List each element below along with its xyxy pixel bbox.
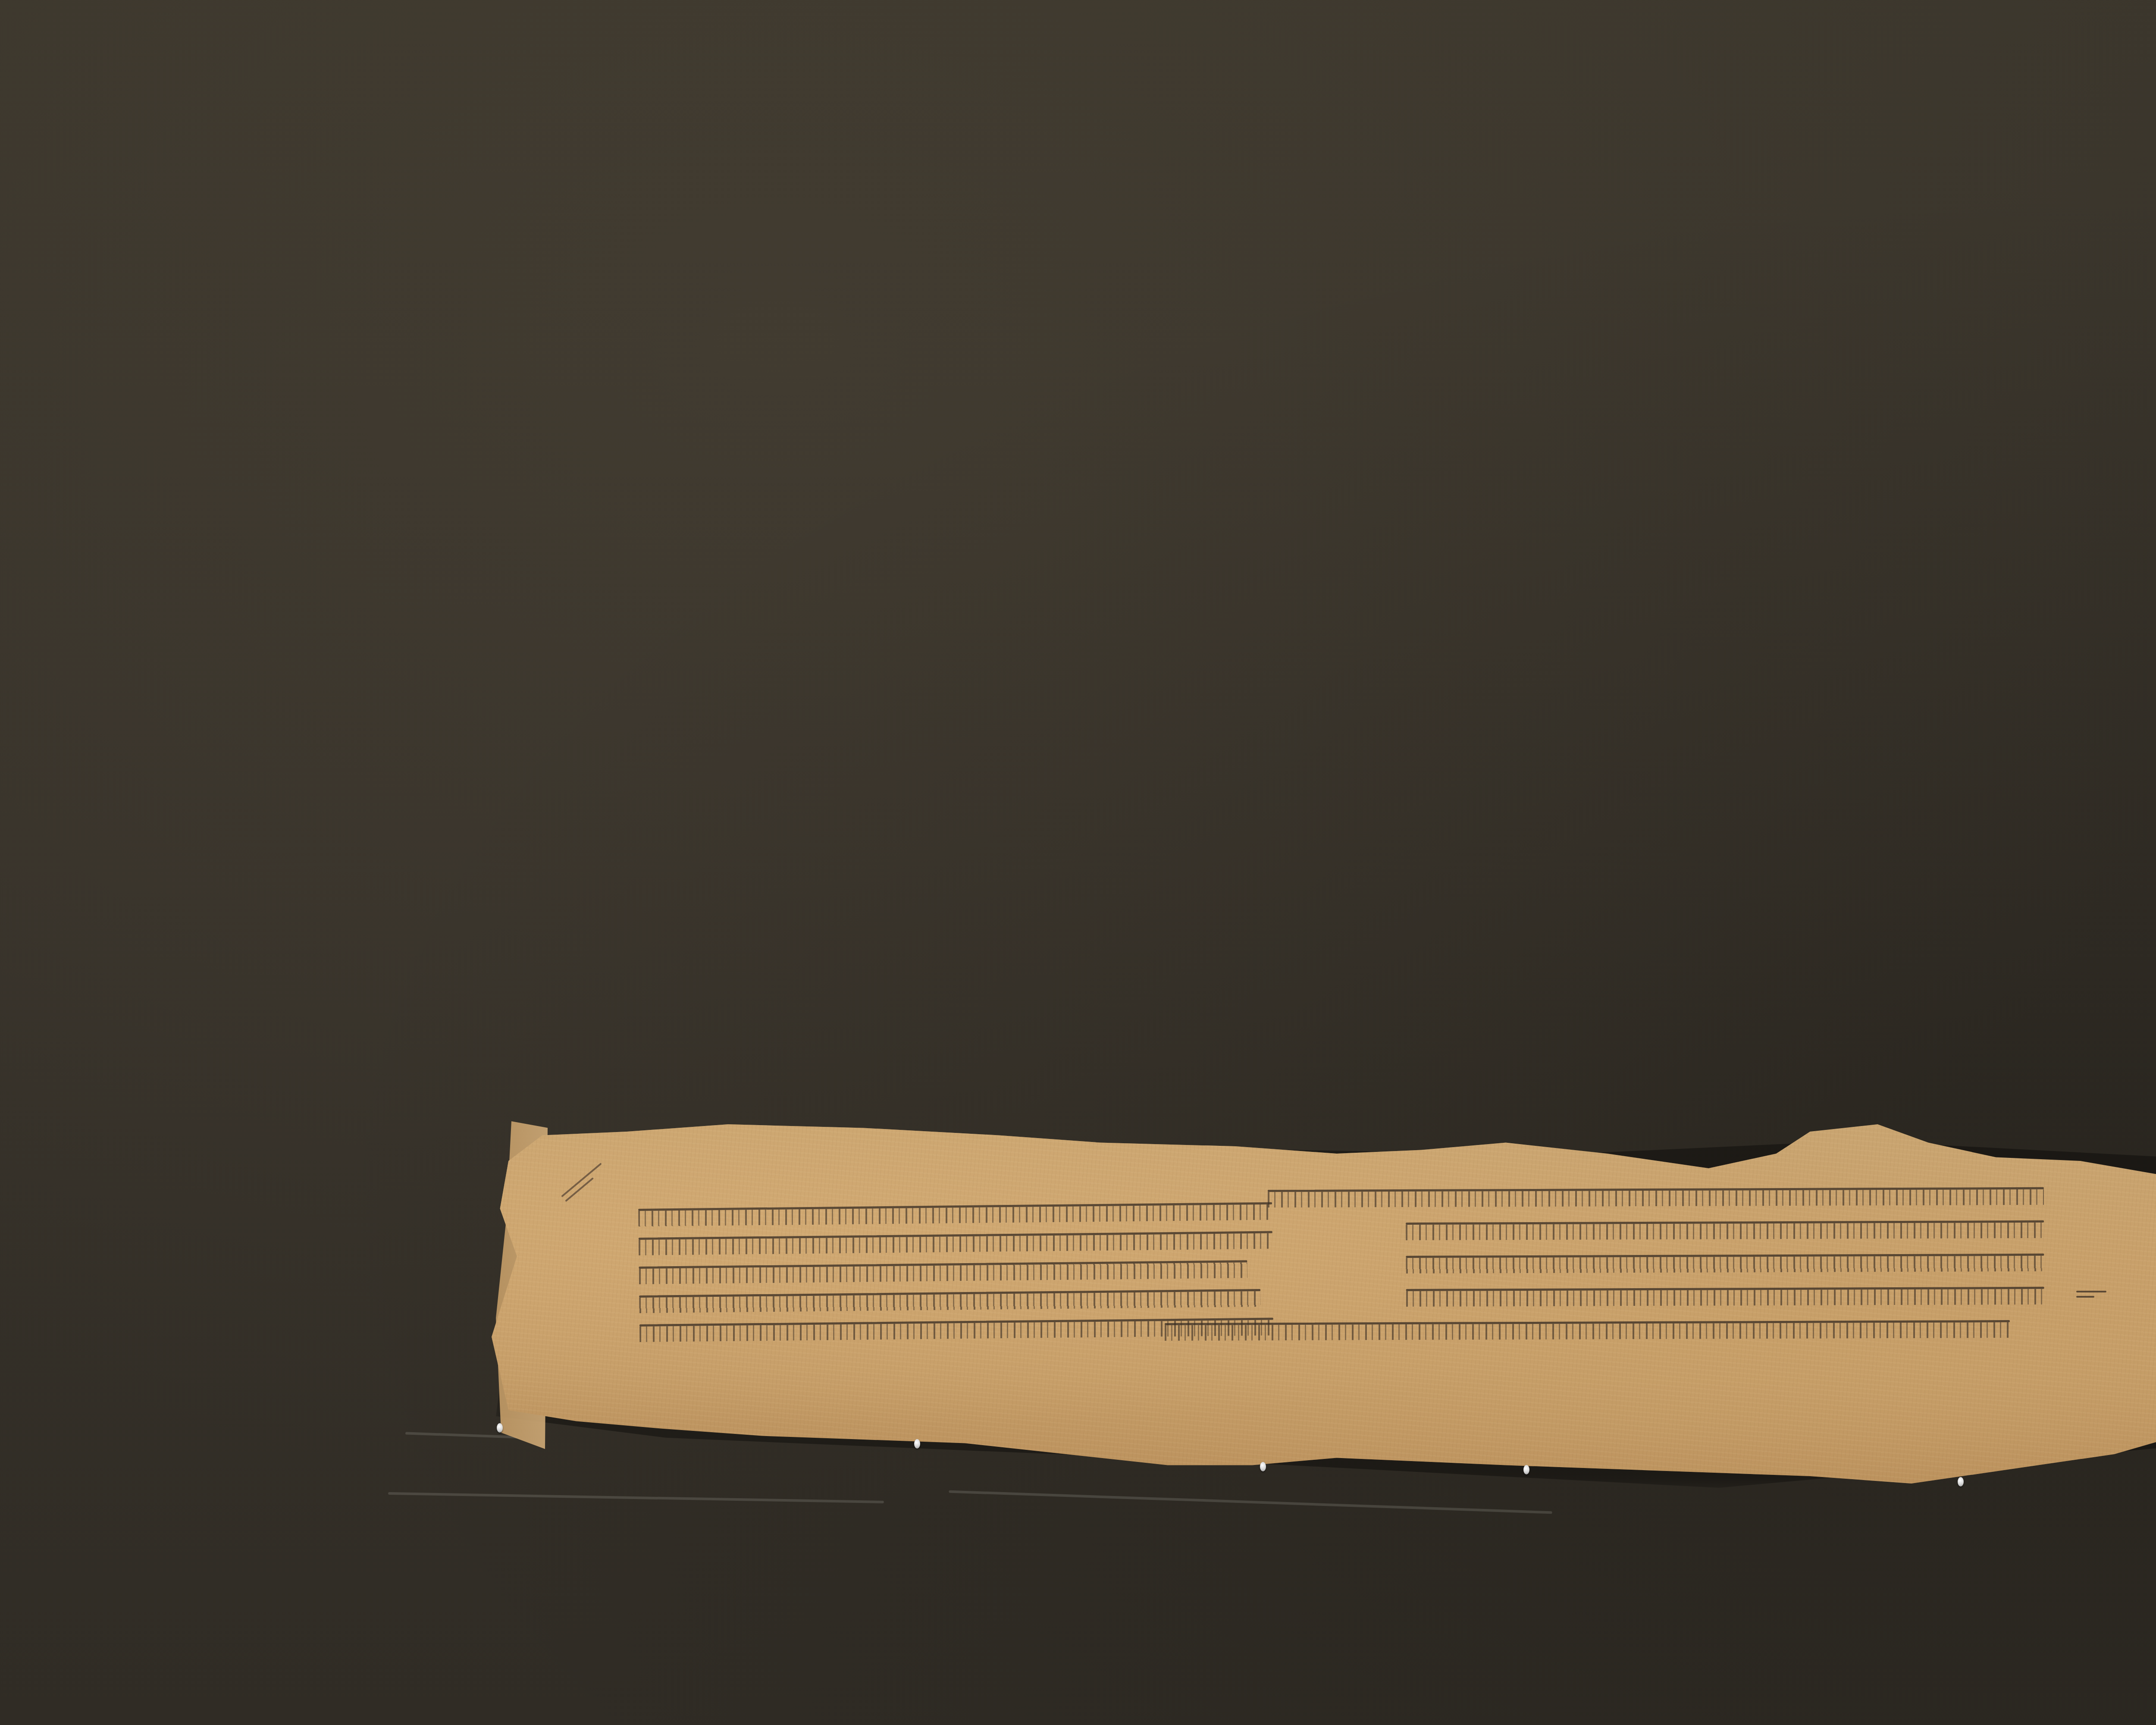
manuscript-line	[1406, 1217, 2044, 1245]
mounting-pin	[914, 1439, 920, 1449]
manuscript-line	[1406, 1250, 2044, 1279]
manuscript-line	[639, 1228, 1273, 1261]
manuscript-line	[1406, 1283, 2044, 1312]
folio-number	[2076, 1287, 2106, 1305]
manuscript-line	[1268, 1184, 2044, 1213]
mounting-pin	[1260, 1462, 1266, 1471]
manuscript-line	[639, 1286, 1260, 1318]
manuscript-line	[1165, 1317, 2010, 1346]
manuscript-line	[639, 1257, 1247, 1289]
mounting-pin	[1958, 1477, 1964, 1487]
text-column-right	[1406, 1205, 2044, 1352]
mounting-pin	[497, 1423, 503, 1433]
mounting-pin	[1523, 1465, 1529, 1474]
